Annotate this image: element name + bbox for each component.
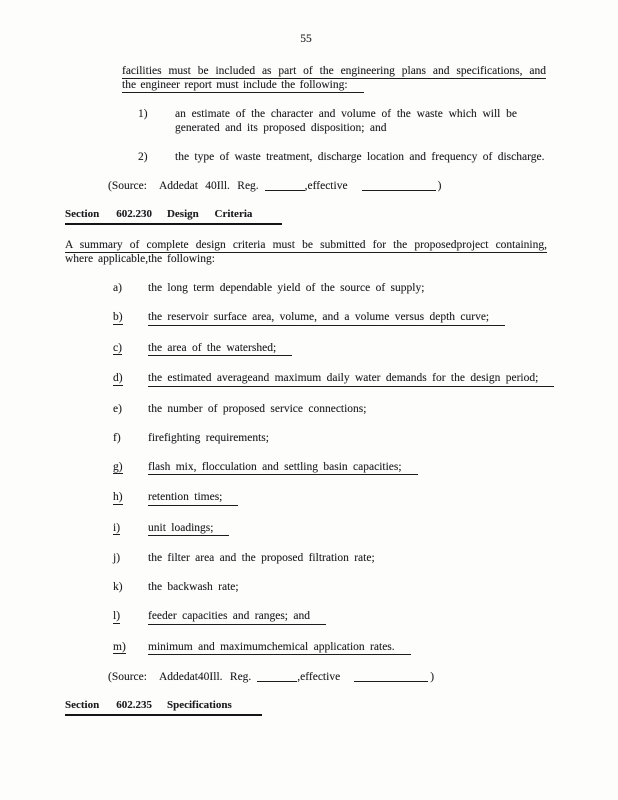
intro-line-1: facilities must be included as part of t… — [122, 64, 546, 78]
summary-line-2: where applicable,the following: — [65, 252, 547, 266]
numbered-item-2: 2) the type of waste treatment, discharg… — [65, 150, 610, 164]
item-text: firefighting requirements; — [148, 431, 269, 445]
document-page: 55 facilities must be included as part o… — [0, 0, 618, 800]
section-number: 602.235 — [116, 699, 152, 711]
item-text: the estimated averageand maximum daily w… — [148, 371, 554, 387]
item-text: feeder capacities and ranges; and — [148, 609, 326, 625]
section-label: Section — [65, 208, 99, 220]
lettered-item-f: f) firefighting requirements; — [65, 431, 610, 445]
lettered-item-i: i) unit loadings; — [65, 521, 610, 537]
item-text: minimum and maximumchemical application … — [148, 640, 411, 656]
blank-line — [257, 681, 297, 682]
lettered-item-k: k) the backwash rate; — [65, 580, 610, 594]
lettered-item-c: c) the area of the watershed; — [65, 341, 610, 357]
section-number: 602.230 — [116, 208, 152, 220]
source-effective: ,effective — [305, 180, 348, 192]
blank-line — [354, 681, 428, 682]
item-label: 2) — [138, 150, 175, 164]
item-text: the area of the watershed; — [148, 341, 292, 357]
section-label: Section — [65, 699, 99, 711]
item-label: 1) — [138, 107, 175, 121]
lettered-item-j: j) the filter area and the proposed filt… — [65, 551, 610, 565]
source-body: Addedat40Ill. Reg. — [159, 671, 251, 683]
item-text: the backwash rate; — [148, 580, 239, 594]
source-close: ) — [438, 180, 442, 192]
intro-paragraph: facilities must be included as part of t… — [122, 64, 546, 92]
section-title: Specifications — [167, 699, 232, 711]
numbered-item-1: 1) an estimate of the character and volu… — [65, 107, 610, 135]
summary-line-1: A summary of complete design criteria mu… — [65, 238, 547, 252]
item-label: a) — [113, 281, 148, 295]
summary-paragraph: A summary of complete design criteria mu… — [65, 238, 547, 266]
item-text: the reservoir surface area, volume, and … — [148, 310, 505, 326]
item-text: the filter area and the proposed filtrat… — [148, 551, 375, 565]
section-title: Design Criteria — [167, 208, 252, 220]
source-body: Addedat 40Ill. Reg. — [159, 180, 259, 192]
lettered-item-g: g) flash mix, flocculation and settling … — [65, 460, 610, 476]
blank-line — [362, 190, 436, 191]
lettered-item-l: l) feeder capacities and ranges; and — [65, 609, 610, 625]
blank-line — [265, 190, 305, 191]
item-text: an estimate of the character and volume … — [175, 107, 517, 135]
item-label: c) — [113, 341, 148, 355]
item-label: e) — [113, 402, 148, 416]
source-close: ) — [430, 671, 434, 683]
item-label: l) — [113, 609, 148, 623]
source-open: (Source: — [108, 180, 147, 192]
item-label: g) — [113, 460, 148, 474]
item-label: j) — [113, 551, 148, 565]
page-number: 55 — [65, 32, 547, 46]
source-open: (Source: — [108, 671, 147, 683]
item-text: flash mix, flocculation and settling bas… — [148, 460, 418, 476]
item-text: retention times; — [148, 490, 238, 506]
source-effective: ,effective — [297, 671, 340, 683]
intro-line-2: the engineer report must include the fol… — [122, 78, 546, 92]
lettered-item-h: h) retention times; — [65, 490, 610, 506]
lettered-item-a: a) the long term dependable yield of the… — [65, 281, 610, 295]
item-text: the long term dependable yield of the so… — [148, 281, 424, 295]
item-text: the number of proposed service connectio… — [148, 402, 366, 416]
source-note-1: (Source:Addedat 40Ill. Reg.,effective) — [108, 179, 610, 193]
section-heading-602-230: Section602.230Design Criteria — [65, 207, 282, 225]
lettered-item-e: e) the number of proposed service connec… — [65, 402, 610, 416]
item-label: i) — [113, 521, 148, 535]
item-label: m) — [113, 640, 148, 654]
item-text: the type of waste treatment, discharge l… — [175, 150, 544, 164]
item-label: f) — [113, 431, 148, 445]
lettered-item-m: m) minimum and maximumchemical applicati… — [65, 640, 610, 656]
item-label: h) — [113, 490, 148, 504]
section-heading-602-235: Section602.235Specifications — [65, 698, 262, 716]
item-label: b) — [113, 310, 148, 324]
source-note-2: (Source:Addedat40Ill. Reg.,effective) — [108, 670, 610, 684]
lettered-item-b: b) the reservoir surface area, volume, a… — [65, 310, 610, 326]
lettered-item-d: d) the estimated averageand maximum dail… — [65, 371, 610, 387]
item-text: unit loadings; — [148, 521, 229, 537]
item-label: k) — [113, 580, 148, 594]
item-label: d) — [113, 371, 148, 385]
